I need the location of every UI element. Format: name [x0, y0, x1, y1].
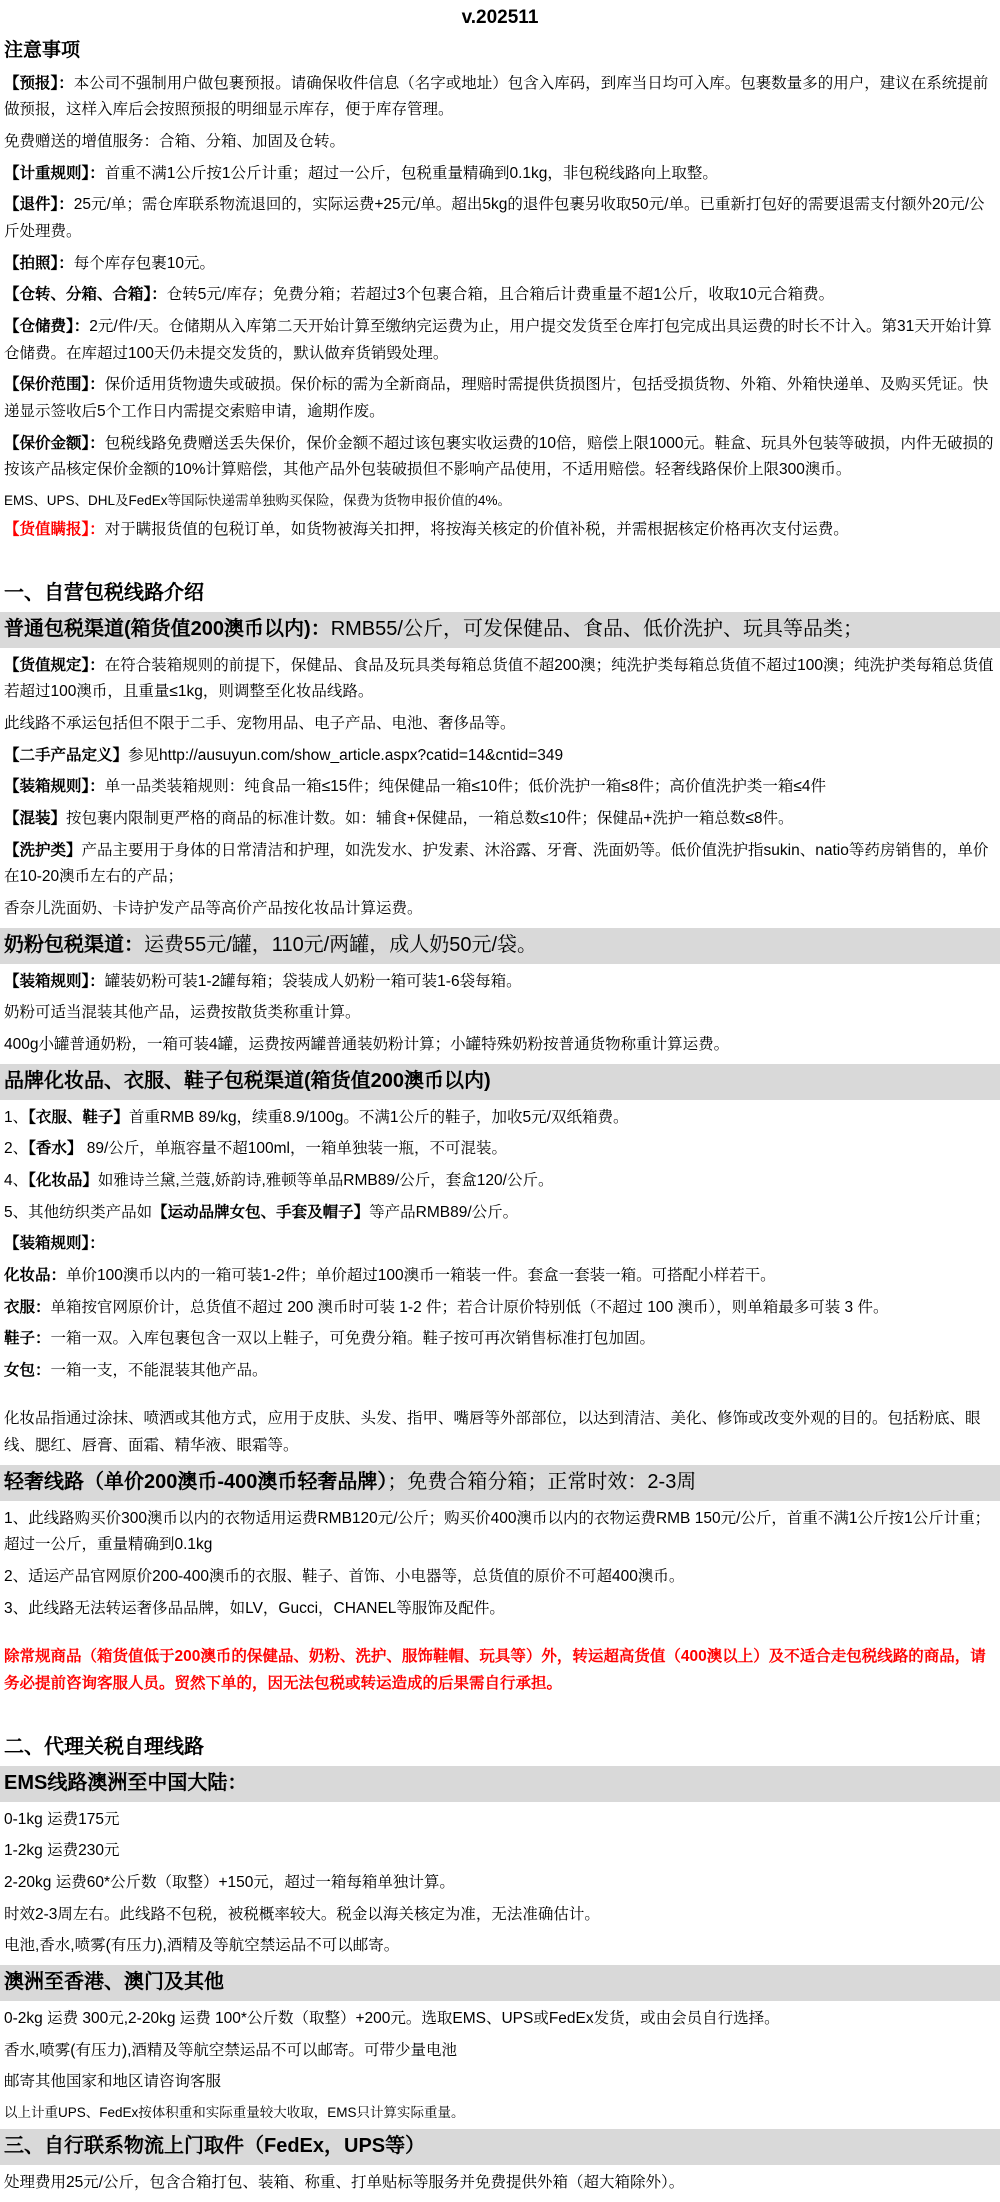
para-hkmo-banned: 香水,喷雾(有压力),酒精及等航空禁运品不可以邮寄。可带少量电池 — [0, 2038, 1000, 2065]
para-pack-clothes: 衣服：单箱按官网原价计，总货值不超过 200 澳币时可装 1-2 件；若合计原价… — [0, 1295, 1000, 1322]
para-free-services: 免费赠送的增值服务：合箱、分箱、加固及仓转。 — [0, 129, 1000, 156]
section3-heading: 三、自行联系物流上门取件（FedEx，UPS等） — [0, 2129, 1000, 2165]
para-milk-packing: 【装箱规则】：罐装奶粉可装1-2罐每箱；袋装成人奶粉一箱可装1-6袋每箱。 — [0, 969, 1000, 996]
para-warehouse-ops: 【仓转、分箱、合箱】：仓转5元/库存；免费分箱；若超过3个包裹合箱，且合箱后计费… — [0, 282, 1000, 309]
section2-heading: 二、代理关税自理线路 — [0, 1732, 1000, 1763]
para-packing-rule: 【装箱规则】：单一品类装箱规则：纯食品一箱≤15件；纯保健品一箱≤10件；低价洗… — [0, 774, 1000, 801]
para-intl-insurance: EMS、UPS、DHL及FedEx等国际快递需单独购买保险，保费为货物申报价值的… — [0, 489, 1000, 512]
para-misreport: 【货值瞒报】：对于瞒报货值的包税订单，如货物被海关扣押，将按海关核定的价值补税，… — [0, 517, 1000, 544]
para-not-carried: 此线路不承运包括但不限于二手、宠物用品、电子产品、电池、奢侈品等。 — [0, 711, 1000, 738]
para-lightlux-3: 3、此线路无法转运奢侈品品牌，如LV，Gucci，CHANEL等服饰及配件。 — [0, 1596, 1000, 1623]
para-ems-2-20kg: 2-20kg 运费60*公斤数（取整）+150元，超过一箱每箱单独计算。 — [0, 1870, 1000, 1897]
para-hkmo-price: 0-2kg 运费 300元,2-20kg 运费 100*公斤数（取整）+200元… — [0, 2006, 1000, 2033]
para-ems-timing: 时效2-3周左右。此线路不包税，被税概率较大。税金以海关核定为准，无法准确估计。 — [0, 1902, 1000, 1929]
para-brand-packing-heading: 【装箱规则】： — [0, 1231, 1000, 1258]
para-milk-mixing: 奶粉可适当混装其他产品，运费按散货类称重计算。 — [0, 1000, 1000, 1027]
channel-brand-heading: 品牌化妆品、衣服、鞋子包税渠道(箱货值200澳币以内) — [0, 1064, 1000, 1100]
para-mixed-packing: 【混装】按包裹内限制更严格的商品的标准计数。如：辅食+保健品，一箱总数≤10件；… — [0, 806, 1000, 833]
para-pack-cosmetics: 化妆品：单价100澳币以内的一箱可装1-2件；单价超过100澳币一箱装一件。套盒… — [0, 1263, 1000, 1290]
para-photo: 【拍照】：每个库存包裹10元。 — [0, 251, 1000, 278]
para-pickup-fee: 处理费用25元/公斤，包含合箱打包、装箱、称重、打单贴标等服务并免费提供外箱（超… — [0, 2170, 1000, 2197]
para-weight-rule: 【计重规则】：首重不满1公斤按1公斤计重；超过一公斤，包税重量精确到0.1kg，… — [0, 161, 1000, 188]
channel-milk-heading: 奶粉包税渠道：运费55元/罐，110元/两罐，成人奶50元/袋。 — [0, 928, 1000, 964]
para-brand-clothes-shoes: 1、【衣服、鞋子】首重RMB 89/kg，续重8.9/100g。不满1公斤的鞋子… — [0, 1105, 1000, 1132]
para-insurance-amount: 【保价金额】：包税线路免费赠送丢失保价，保价金额不超过该包裹实收运费的10倍，赔… — [0, 431, 1000, 484]
version-title: v.202511 — [0, 0, 1000, 32]
channel-hkmo-heading: 澳洲至香港、澳门及其他 — [0, 1965, 1000, 2001]
para-ems-1-2kg: 1-2kg 运费230元 — [0, 1838, 1000, 1865]
para-insurance-scope: 【保价范围】：保价适用货物遗失或破损。保价标的需为全新商品，理赔时需提供货损图片… — [0, 372, 1000, 425]
document: v.202511 注意事项 【预报】：本公司不强制用户做包裹预报。请确保收件信息… — [0, 0, 1000, 2197]
para-cosmetics-definition: 化妆品指通过涂抹、喷洒或其他方式，应用于皮肤、头发、指甲、嘴唇等外部部位，以达到… — [0, 1406, 1000, 1459]
para-ems-banned: 电池,香水,喷雾(有压力),酒精及等航空禁运品不可以邮寄。 — [0, 1933, 1000, 1960]
channel-normal-heading: 普通包税渠道(箱货值200澳币以内)：RMB55/公斤，可发保健品、食品、低价洗… — [0, 612, 1000, 648]
para-pack-shoes: 鞋子：一箱一双。入库包裹包含一双以上鞋子，可免费分箱。鞋子按可再次销售标准打包加… — [0, 1326, 1000, 1353]
para-returns: 【退件】：25元/单；需仓库联系物流退回的，实际运费+25元/单。超出5kg的退… — [0, 192, 1000, 245]
para-brand-perfume: 2、【香水】 89/公斤，单瓶容量不超100ml，一箱单独装一瓶，不可混装。 — [0, 1136, 1000, 1163]
para-ems-0-1kg: 0-1kg 运费175元 — [0, 1807, 1000, 1834]
para-hkmo-other-countries: 邮寄其他国家和地区请咨询客服 — [0, 2069, 1000, 2096]
channel-ems-heading: EMS线路澳洲至中国大陆： — [0, 1766, 1000, 1802]
channel-lightlux-heading: 轻奢线路（单价200澳币-400澳币轻奢品牌）；免费合箱分箱；正常时效：2-3周 — [0, 1465, 1000, 1501]
notice-heading: 注意事项 — [0, 36, 1000, 66]
para-storage-fee: 【仓储费】：2元/件/天。仓储期从入库第二天开始计算至缴纳完运费为止，用户提交发… — [0, 314, 1000, 367]
para-highprice-washcare: 香奈儿洗面奶、卡诗护发产品等高价产品按化妆品计算运费。 — [0, 896, 1000, 923]
para-value-rule: 【货值规定】：在符合装箱规则的前提下，保健品、食品及玩具类每箱总货值不超200澳… — [0, 653, 1000, 706]
para-secondhand-definition: 【二手产品定义】参见http://ausuyun.com/show_articl… — [0, 743, 1000, 770]
para-brand-cosmetics: 4、【化妆品】如雅诗兰黛,兰蔻,娇韵诗,雅顿等单品RMB89/公斤，套盒120/… — [0, 1168, 1000, 1195]
para-weighing-note: 以上计重UPS、FedEx按体积重和实际重量较大收取，EMS只计算实际重量。 — [0, 2101, 1000, 2124]
para-milk-small-can: 400g小罐普通奶粉，一箱可装4罐，运费按两罐普通装奶粉计算；小罐特殊奶粉按普通… — [0, 1032, 1000, 1059]
para-forecast: 【预报】：本公司不强制用户做包裹预报。请确保收件信息（名字或地址）包含入库码，到… — [0, 71, 1000, 124]
section1-heading: 一、自营包税线路介绍 — [0, 578, 1000, 609]
para-lightlux-2: 2、适运产品官网原价200-400澳币的衣服、鞋子、首饰、小电器等，总货值的原价… — [0, 1564, 1000, 1591]
para-pack-bags: 女包：一箱一支，不能混装其他产品。 — [0, 1358, 1000, 1385]
para-warning: 除常规商品（箱货值低于200澳币的保健品、奶粉、洗护、服饰鞋帽、玩具等）外，转运… — [0, 1644, 1000, 1697]
para-lightlux-1: 1、此线路购买价300澳币以内的衣物适用运费RMB120元/公斤；购买价400澳… — [0, 1506, 1000, 1559]
para-brand-textile: 5、其他纺织类产品如【运动品牌女包、手套及帽子】等产品RMB89/公斤。 — [0, 1200, 1000, 1227]
para-washcare-definition: 【洗护类】产品主要用于身体的日常清洁和护理，如洗发水、护发素、沐浴露、牙膏、洗面… — [0, 838, 1000, 891]
